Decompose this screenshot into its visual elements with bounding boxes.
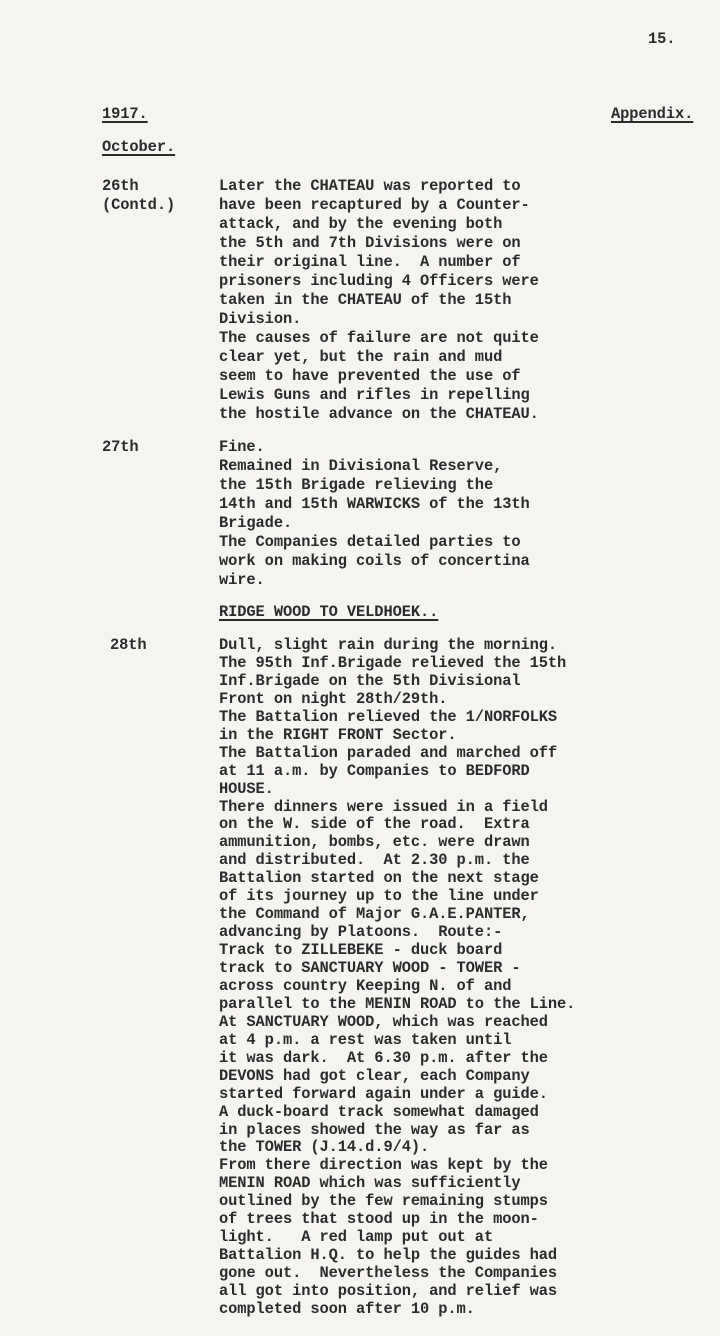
- entry-line: the 15th Brigade relieving the: [219, 476, 493, 495]
- entry-line: 14th and 15th WARWICKS of the 13th: [219, 495, 530, 514]
- entry-line: Brigade.: [219, 514, 292, 533]
- year-heading: 1917.: [102, 105, 148, 123]
- page-number: 15.: [648, 30, 675, 48]
- entry-line: DEVONS had got clear, each Company: [219, 1067, 530, 1086]
- entry-line: Later the CHATEAU was reported to: [219, 177, 521, 196]
- entry-line: at 11 a.m. by Companies to BEDFORD: [219, 762, 530, 781]
- entry-line: advancing by Platoons. Route:-: [219, 923, 502, 942]
- entry-date-note: (Contd.): [102, 196, 175, 214]
- entry-line: prisoners including 4 Officers were: [219, 272, 539, 291]
- entry-line: all got into position, and relief was: [219, 1282, 557, 1301]
- entry-line: and distributed. At 2.30 p.m. the: [219, 851, 530, 870]
- entry-line: it was dark. At 6.30 p.m. after the: [219, 1049, 548, 1068]
- entry-line: Track to ZILLEBEKE - duck board: [219, 941, 502, 960]
- entry-line: completed soon after 10 p.m.: [219, 1300, 475, 1319]
- entry-line: MENIN ROAD which was sufficiently: [219, 1174, 521, 1193]
- entry-line: in places showed the way as far as: [219, 1121, 530, 1140]
- entry-line: at 4 p.m. a rest was taken until: [219, 1031, 511, 1050]
- entry-line: Remained in Divisional Reserve,: [219, 457, 502, 476]
- entry-line: Front on night 28th/29th.: [219, 690, 447, 709]
- month-heading: October.: [102, 138, 175, 156]
- entry-line: The Battalion paraded and marched off: [219, 744, 557, 763]
- entry-line: There dinners were issued in a field: [219, 798, 548, 817]
- entry-line: Dull, slight rain during the morning.: [219, 636, 557, 655]
- entry-line: in the RIGHT FRONT Sector.: [219, 726, 457, 745]
- entry-line: across country Keeping N. of and: [219, 977, 511, 996]
- entry-line: A duck-board track somewhat damaged: [219, 1103, 539, 1122]
- entry-line: the Command of Major G.A.E.PANTER,: [219, 905, 530, 924]
- entry-line: attack, and by the evening both: [219, 215, 502, 234]
- entry-line: HOUSE.: [219, 780, 274, 799]
- entry-line: on the W. side of the road. Extra: [219, 815, 530, 834]
- entry-line: their original line. A number of: [219, 253, 521, 272]
- entry-line: The Companies detailed parties to: [219, 533, 521, 552]
- entry-line: Inf.Brigade on the 5th Divisional: [219, 672, 521, 691]
- section-heading: RIDGE WOOD TO VELDHOEK..: [219, 603, 438, 622]
- entry-line: outlined by the few remaining stumps: [219, 1192, 548, 1211]
- document-page: 15. 1917. Appendix. October. 26th (Contd…: [0, 0, 720, 1336]
- entry-line: the TOWER (J.14.d.9/4).: [219, 1138, 429, 1157]
- entry-line: have been recaptured by a Counter-: [219, 196, 530, 215]
- entry-line: Battalion H.Q. to help the guides had: [219, 1246, 557, 1265]
- entry-date: 26th: [102, 177, 139, 195]
- entry-line: wire.: [219, 571, 265, 590]
- entry-line: The 95th Inf.Brigade relieved the 15th: [219, 654, 566, 673]
- entry-line: parallel to the MENIN ROAD to the Line.: [219, 995, 575, 1014]
- entry-line: clear yet, but the rain and mud: [219, 348, 502, 367]
- entry-line: the hostile advance on the CHATEAU.: [219, 405, 539, 424]
- entry-line: gone out. Nevertheless the Companies: [219, 1264, 557, 1283]
- entry-line: From there direction was kept by the: [219, 1156, 548, 1175]
- entry-date: 28th: [110, 636, 147, 654]
- entry-line: Battalion started on the next stage: [219, 869, 539, 888]
- entry-line: At SANCTUARY WOOD, which was reached: [219, 1013, 548, 1032]
- entry-line: the 5th and 7th Divisions were on: [219, 234, 521, 253]
- entry-line: taken in the CHATEAU of the 15th: [219, 291, 511, 310]
- entry-line: started forward again under a guide.: [219, 1085, 548, 1104]
- entry-line: work on making coils of concertina: [219, 552, 530, 571]
- entry-line: The causes of failure are not quite: [219, 329, 539, 348]
- entry-line: of trees that stood up in the moon-: [219, 1210, 539, 1229]
- entry-line: Fine.: [219, 438, 265, 457]
- entry-line: Lewis Guns and rifles in repelling: [219, 386, 530, 405]
- entry-line: Division.: [219, 310, 301, 329]
- entry-line: light. A red lamp put out at: [219, 1228, 493, 1247]
- entry-line: seem to have prevented the use of: [219, 367, 521, 386]
- entry-line: ammunition, bombs, etc. were drawn: [219, 833, 530, 852]
- entry-line: of its journey up to the line under: [219, 887, 539, 906]
- entry-line: The Battalion relieved the 1/NORFOLKS: [219, 708, 557, 727]
- entry-line: track to SANCTUARY WOOD - TOWER -: [219, 959, 521, 978]
- appendix-label: Appendix.: [611, 105, 693, 123]
- entry-date: 27th: [102, 438, 139, 456]
